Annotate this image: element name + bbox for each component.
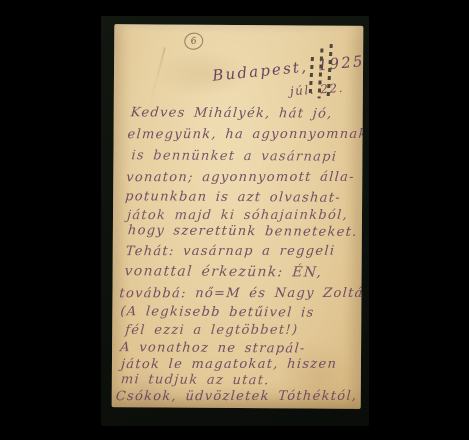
handwritten-line: vonattal érkezünk: ÉN, (124, 263, 323, 280)
handwritten-line: is bennünket a vasárnapi (131, 148, 338, 165)
handwritten-line: Kedves Mihályék, hát jó, (130, 105, 333, 122)
paper-crease (148, 47, 166, 109)
handwritten-line: potunkban is azt olvashat- (125, 189, 342, 206)
handwritten-line: fél ezzi a legtöbbet!) (125, 323, 299, 339)
handwritten-line: hogy szerettünk benneteket. (127, 223, 358, 241)
dateline-day: júl. 22. (290, 81, 345, 98)
handwritten-line: játok majd ki sóhajainkból, (126, 208, 348, 224)
photo-background: 6 Budapest, 1925 júl. 22. Kedves Mihályé… (0, 0, 469, 440)
handwritten-line: mi tudjuk az utat. (120, 372, 270, 389)
handwritten-line: (A legkisebb betűivel is (120, 304, 315, 321)
handwritten-line: Tehát: vasárnap a reggeli (125, 244, 336, 260)
scanner-background: 6 Budapest, 1925 júl. 22. Kedves Mihályé… (101, 16, 369, 426)
pencil-circled-number: 6 (183, 31, 205, 51)
page-number: 6 (190, 36, 198, 47)
postcard-letter: 6 Budapest, 1925 júl. 22. Kedves Mihályé… (112, 24, 364, 409)
handwritten-line: A vonathoz ne strapál- (119, 340, 306, 357)
handwritten-line: továbbá: nő=M és Nagy Zoltán. (119, 286, 363, 302)
handwritten-line: játok le magatokat, hiszen (120, 357, 337, 373)
letter-body: Kedves Mihályék, hát jó, elmegyünk, ha a… (114, 24, 363, 26)
handwritten-line: Csókok, üdvözletek Tóthéktól, (115, 389, 358, 405)
handwritten-line: vonaton; agyonnyomott álla- (126, 170, 356, 186)
dateline-city-year: Budapest, 1925 (212, 52, 364, 85)
handwritten-line: elmegyünk, ha agyonnyomnak (127, 127, 363, 143)
